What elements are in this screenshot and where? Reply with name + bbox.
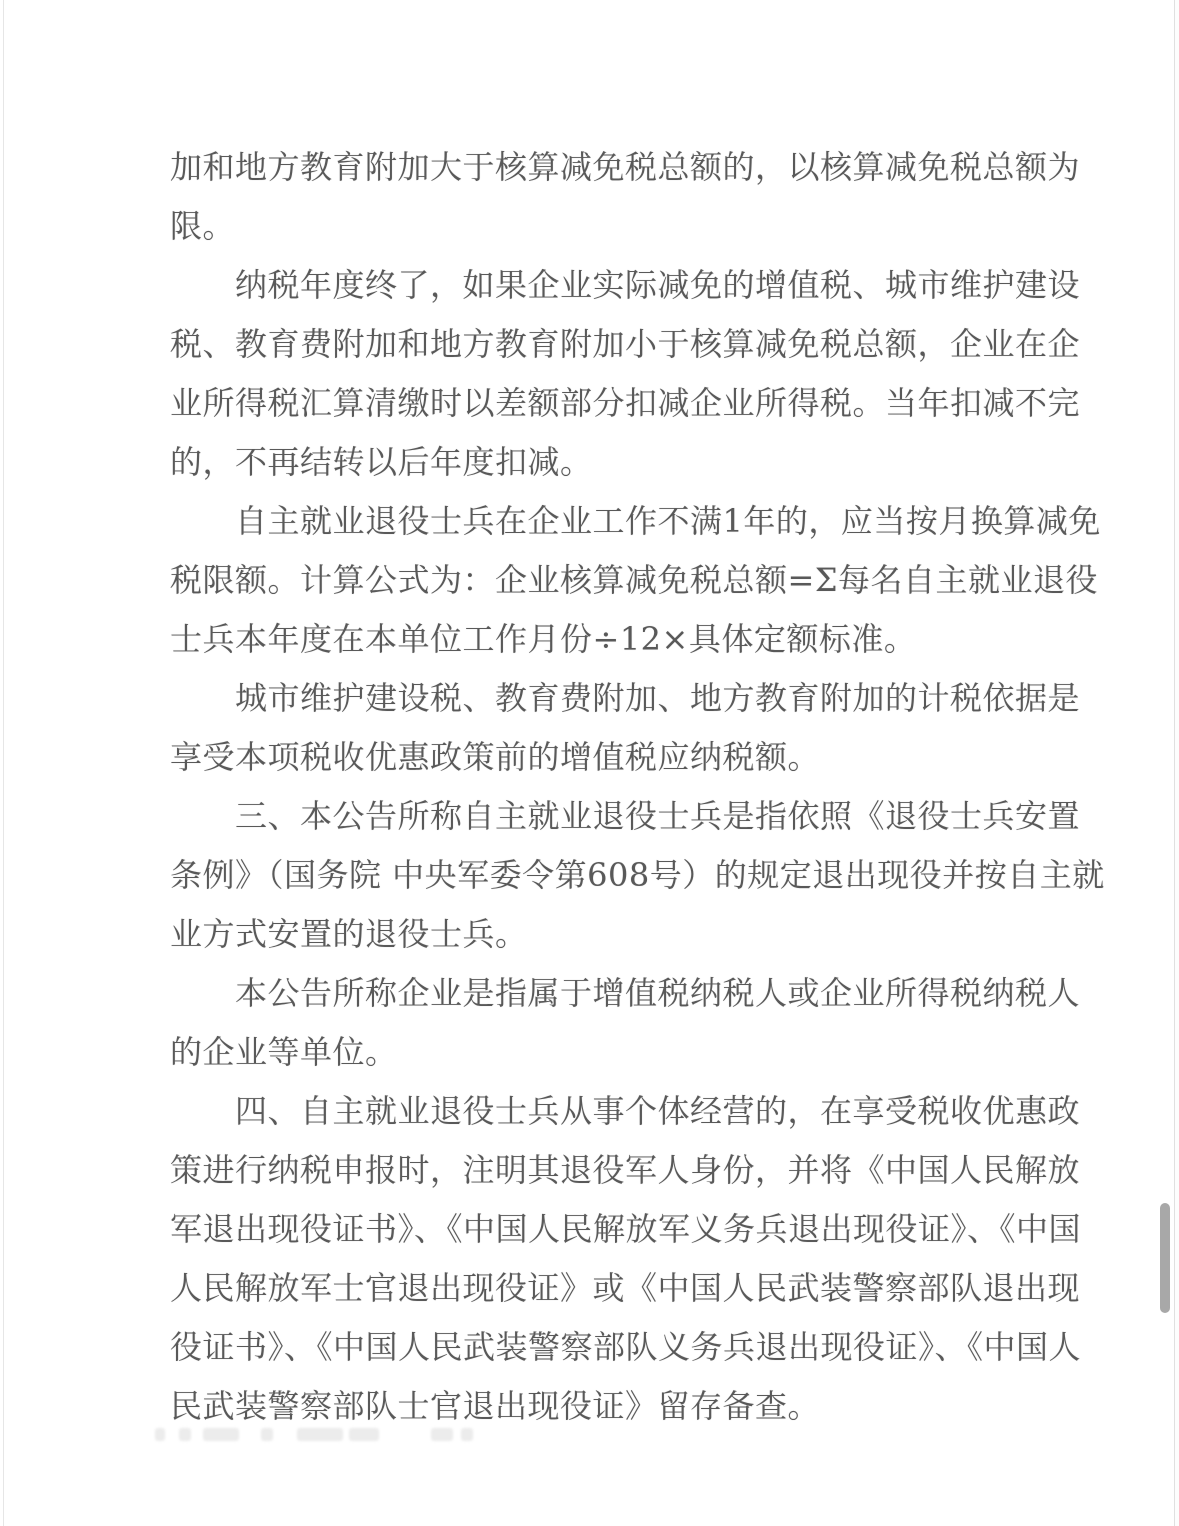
- text-line: 税限额。计算公式为：企业核算减免税总额=Σ每名自主就业退役: [170, 551, 1082, 610]
- text-line: 役证书》、《中国人民武装警察部队义务兵退出现役证》、《中国人: [170, 1318, 1082, 1377]
- ghost-mark: [431, 1428, 453, 1441]
- text-line: 税、教育费附加和地方教育附加小于核算减免税总额，企业在企: [170, 315, 1082, 374]
- page-left-edge-line: [3, 0, 4, 1526]
- document-page: 加和地方教育附加大于核算减免税总额的，以核算减免税总额为 限。 纳税年度终了，如…: [0, 0, 1179, 1526]
- text-line: 人民解放军士官退出现役证》或《中国人民武装警察部队退出现: [170, 1259, 1082, 1318]
- bleed-through-artifacts: [155, 1428, 955, 1442]
- text-line: 享受本项税收优惠政策前的增值税应纳税额。: [170, 728, 1082, 787]
- document-text: 加和地方教育附加大于核算减免税总额的，以核算减免税总额为 限。 纳税年度终了，如…: [170, 138, 1082, 1436]
- text-line: 三、本公告所称自主就业退役士兵是指依照《退役士兵安置: [170, 787, 1082, 846]
- ghost-mark: [461, 1428, 473, 1441]
- text-line: 限。: [170, 197, 1082, 256]
- text-line: 军退出现役证书》、《中国人民解放军义务兵退出现役证》、《中国: [170, 1200, 1082, 1259]
- text-line: 业所得税汇算清缴时以差额部分扣减企业所得税。当年扣减不完: [170, 374, 1082, 433]
- text-line: 本公告所称企业是指属于增值税纳税人或企业所得税纳税人: [170, 964, 1082, 1023]
- text-line: 的企业等单位。: [170, 1023, 1082, 1082]
- ghost-mark: [203, 1428, 239, 1441]
- text-line: 城市维护建设税、教育费附加、地方教育附加的计税依据是: [170, 669, 1082, 728]
- text-line: 的，不再结转以后年度扣减。: [170, 433, 1082, 492]
- text-line: 士兵本年度在本单位工作月份÷12×具体定额标准。: [170, 610, 1082, 669]
- viewer-right-gutter: [1175, 0, 1179, 1526]
- ghost-mark: [349, 1428, 379, 1441]
- text-line: 加和地方教育附加大于核算减免税总额的，以核算减免税总额为: [170, 138, 1082, 197]
- text-line: 策进行纳税申报时，注明其退役军人身份，并将《中国人民解放: [170, 1141, 1082, 1200]
- text-line: 四、自主就业退役士兵从事个体经营的，在享受税收优惠政: [170, 1082, 1082, 1141]
- viewer-viewport: { "document": { "lines": [ "加和地方教育附加大于核算…: [0, 0, 1179, 1526]
- ghost-mark: [261, 1428, 273, 1441]
- ghost-mark: [179, 1428, 191, 1441]
- text-line: 业方式安置的退役士兵。: [170, 905, 1082, 964]
- scrollbar-thumb[interactable]: [1160, 1203, 1170, 1313]
- ghost-mark: [297, 1428, 343, 1441]
- text-line: 自主就业退役士兵在企业工作不满1年的，应当按月换算减免: [170, 492, 1082, 551]
- text-line: 纳税年度终了，如果企业实际减免的增值税、城市维护建设: [170, 256, 1082, 315]
- text-line: 条例》（国务院 中央军委令第608号）的规定退出现役并按自主就: [170, 846, 1082, 905]
- ghost-mark: [155, 1428, 165, 1441]
